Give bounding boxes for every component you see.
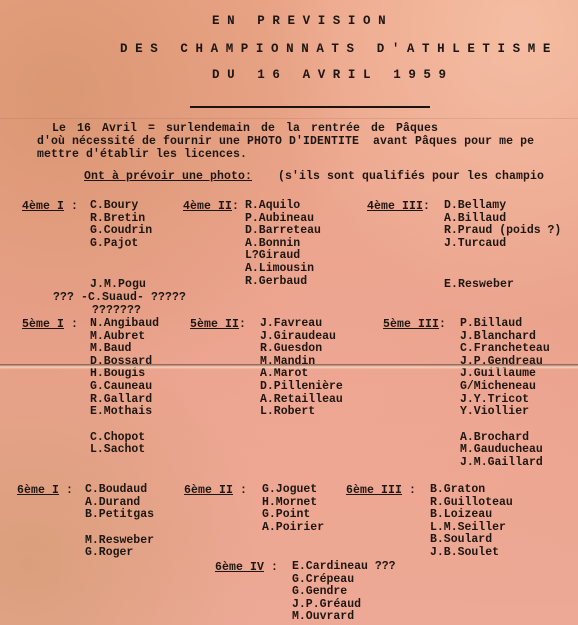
student-name: N.Angibaud: [90, 318, 159, 331]
group-label: 6ème III: [346, 484, 402, 497]
student-name: L.Sachot: [90, 444, 159, 457]
title-line-3: DU 16 AVRIL 1959: [212, 68, 454, 82]
student-name: B.Graton: [430, 484, 513, 497]
intro-line-1: Le 16 Avril = surlendemain de la rentrée…: [52, 122, 438, 135]
intro-line-3: mettre d'établir les licences.: [37, 148, 247, 161]
student-name: A.Limousin: [245, 263, 321, 276]
student-name: R.Praud (poids ?): [444, 225, 561, 238]
group-6-3-heading: 6ème III :: [346, 484, 416, 497]
title-underline: [190, 106, 430, 108]
group-label: 4ème II: [183, 200, 232, 213]
student-name: L.Robert: [260, 406, 343, 419]
group-label: 6ème IV: [215, 561, 264, 574]
student-name: M.Baud: [90, 343, 159, 356]
student-name: G.Roger: [85, 547, 154, 560]
student-name: R.Aquilo: [245, 200, 321, 213]
group-label: 6ème I: [17, 484, 59, 497]
student-name: M.Ouvrard: [292, 611, 396, 624]
group-5-3-heading: 5ème III:: [383, 318, 446, 331]
group-6-3-list: B.Graton R.Guilloteau B.Loizeau L.M.Seil…: [430, 484, 513, 560]
student-name: J.M.Pogu: [90, 278, 146, 291]
student-name: C.Francheteau: [460, 343, 550, 356]
student-name: D.Pillenière: [260, 381, 343, 394]
student-name: C.Boury: [90, 200, 152, 213]
group-label: 4ème III: [367, 200, 423, 213]
paper-fold: [0, 364, 578, 369]
student-name: J.B.Soulet: [430, 547, 513, 560]
group-label: 4ème I: [22, 200, 64, 213]
student-name: E.Mothais: [90, 406, 159, 419]
student-name: G.Coudrin: [90, 225, 152, 238]
student-name: B.Loizeau: [430, 509, 513, 522]
group-label: 6ème II: [184, 484, 233, 497]
student-name: B.Petitgas: [85, 509, 154, 522]
scanned-document: EN PREVISION DES CHAMPIONNATS D'ATHLETIS…: [0, 0, 578, 625]
student-name: G.Cauneau: [90, 381, 159, 394]
student-name: J.Turcaud: [444, 238, 561, 251]
student-name: G.Gendre: [292, 586, 396, 599]
group-5-2-heading: 5ème II:: [190, 318, 246, 331]
title-line-1: EN PREVISION: [212, 14, 393, 28]
subheading-note: (s'ils sont qualifiés pour les champio: [278, 170, 544, 183]
student-name: D.Bellamy: [444, 200, 561, 213]
group-4-2-list: R.Aquilo P.Aubineau D.Barreteau A.Bonnin…: [245, 200, 321, 288]
group-5-3-list: P.Billaud J.Blanchard C.Francheteau J.P.…: [460, 318, 550, 470]
group-5-1-heading: 5ème I :: [22, 318, 78, 331]
intro-line-2: d'où nécessité de fournir une PHOTO D'ID…: [37, 135, 534, 148]
student-name: Y.Viollier: [460, 406, 550, 419]
group-6-2-list: G.Joguet H.Mornet G.Point A.Poirier: [262, 484, 324, 534]
student-name: C.Boudaud: [85, 484, 154, 497]
group-6-1-list: C.Boudaud A.Durand B.Petitgas M.Resweber…: [85, 484, 154, 560]
group-6-2-heading: 6ème II :: [184, 484, 247, 497]
group-6-1-heading: 6ème I :: [17, 484, 73, 497]
student-name: A.Poirier: [262, 522, 324, 535]
student-name: E.Resweber: [444, 278, 514, 291]
student-name: D.Barreteau: [245, 225, 321, 238]
student-name: J.Favreau: [260, 318, 343, 331]
title-line-2: DES CHAMPIONNATS D'ATHLETISME: [120, 42, 558, 56]
student-name: J.M.Gaillard: [460, 457, 550, 470]
group-5-4-heading: 6ème IV :: [215, 561, 278, 574]
group-label: 5ème III: [383, 318, 439, 331]
paper-crease: [0, 118, 578, 119]
subheading-label: Ont à prévoir une photo:: [84, 170, 252, 183]
group-4-1-list: C.Boury R.Bretin G.Coudrin G.Pajot: [90, 200, 152, 250]
group-4-3-list: D.Bellamy A.Billaud R.Praud (poids ?) J.…: [444, 200, 561, 250]
group-4-2-heading: 4ème II:: [183, 200, 239, 213]
student-name: E.Cardineau ???: [292, 561, 396, 574]
student-name: G.Point: [262, 509, 324, 522]
uncertain-marks: ???????: [92, 304, 141, 317]
group-label: 5ème I: [22, 318, 64, 331]
student-name: G/Micheneau: [460, 381, 550, 394]
group-5-1-list: N.Angibaud M.Aubret M.Baud D.Bossard H.B…: [90, 318, 159, 457]
group-4-3-heading: 4ème III:: [367, 200, 430, 213]
student-name: G.Pajot: [90, 238, 152, 251]
group-label: 5ème II: [190, 318, 239, 331]
student-name: R.Guesdon: [260, 343, 343, 356]
student-name: G.Joguet: [262, 484, 324, 497]
group-4-1-heading: 4ème I :: [22, 200, 78, 213]
student-name: P.Billaud: [460, 318, 550, 331]
student-name: R.Gerbaud: [245, 276, 321, 289]
group-5-4-list: E.Cardineau ??? G.Crépeau G.Gendre J.P.G…: [292, 561, 396, 624]
uncertain-student-line: ??? -C.Suaud- ?????: [53, 291, 186, 304]
